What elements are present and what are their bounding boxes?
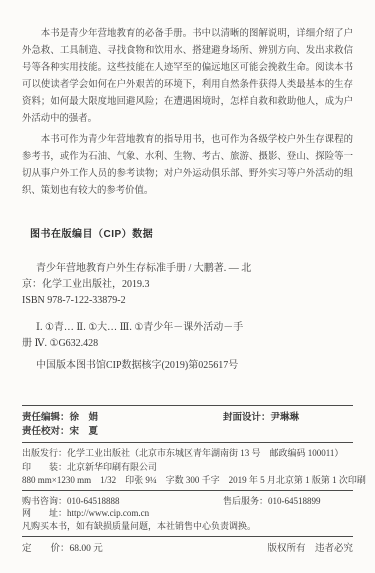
exchange-notice: 凡购买本书，如有缺损质量问题，本社销售中心负责调换。	[22, 520, 353, 533]
publication-section: 出版发行：化学工业出版社（北京市东城区青年湖南街 13 号 邮政编码 10001…	[22, 447, 353, 488]
website-line: 网 址：http://www.cip.com.cn	[22, 507, 353, 520]
cip-section: 图书在版编目（CIP）数据 青少年营地教育户外生存标准手册 / 大鹏著. — 北…	[22, 225, 353, 374]
contact-row-1: 购书咨询：010-64518888 售后服务：010-64518899	[22, 495, 353, 508]
publisher-line: 出版发行：化学工业出版社（北京市东城区青年湖南街 13 号 邮政编码 10001…	[22, 447, 353, 461]
purchase-hotline: 购书咨询：010-64518888	[22, 496, 120, 506]
contact-section: 购书咨询：010-64518888 售后服务：010-64518899 网 址：…	[22, 495, 353, 533]
editor-credit: 责任编辑：徐 娟	[22, 413, 98, 423]
cover-design-credit: 封面设计：尹琳琳	[223, 412, 299, 426]
copyright-notice: 版权所有 违者必究	[267, 543, 353, 556]
divider-above-publication	[22, 442, 353, 443]
book-intro-section: 本书是青少年营地教育的必备手册。书中以清晰的图解说明，详细介绍了户外急救、工具制…	[22, 26, 353, 200]
cip-record-line-2: 京：化学工业出版社，2019.3	[22, 277, 353, 293]
isbn-line: ISBN 978-7-122-33879-2	[22, 293, 353, 309]
cip-record-line-1: 青少年营地教育户外生存标准手册 / 大鹏著. — 北	[22, 261, 353, 277]
credits-row-2: 责任校对：宋 夏	[22, 426, 353, 440]
credits-section: 责任编辑：徐 娟 封面设计：尹琳琳 责任校对：宋 夏	[22, 412, 353, 439]
cip-classification: Ⅰ. ①青… Ⅱ. ①大… Ⅲ. ①青少年－课外活动－手 册 Ⅳ. ①G632.…	[22, 320, 353, 352]
book-copyright-page: 本书是青少年营地教育的必备手册。书中以清晰的图解说明，详细介绍了户外急救、工具制…	[0, 0, 375, 573]
intro-paragraph-1: 本书是青少年营地教育的必备手册。书中以清晰的图解说明，详细介绍了户外急救、工具制…	[22, 26, 353, 128]
divider-above-credits	[22, 405, 353, 406]
cip-heading: 图书在版编目（CIP）数据	[30, 225, 353, 240]
price-footer: 定 价：68.00 元 版权所有 违者必究	[22, 543, 353, 556]
intro-paragraph-2: 本书可作为青少年营地教育的指导用书，也可作为各级学校户外生存课程的参考书，或作为…	[22, 132, 353, 200]
printer-line: 印 装：北京新华印刷有限公司	[22, 461, 353, 475]
after-sales-hotline: 售后服务：010-64518899	[223, 495, 321, 508]
cip-record: 青少年营地教育户外生存标准手册 / 大鹏著. — 北 京：化学工业出版社，201…	[22, 261, 353, 309]
divider-above-price	[22, 536, 353, 537]
proofreader-credit: 责任校对：宋 夏	[22, 427, 98, 437]
cip-classification-line-2: 册 Ⅳ. ①G632.428	[22, 336, 353, 352]
format-spec-line: 880 mm×1230 mm 1/32 印张 9¼ 字数 300 千字 2019…	[22, 474, 353, 488]
divider-above-contact	[22, 490, 353, 491]
credits-row-1: 责任编辑：徐 娟 封面设计：尹琳琳	[22, 412, 353, 426]
cip-classification-line-1: Ⅰ. ①青… Ⅱ. ①大… Ⅲ. ①青少年－课外活动－手	[22, 320, 353, 336]
cip-registry-number: 中国版本图书馆CIP数据核字(2019)第025617号	[22, 358, 353, 374]
price: 定 价：68.00 元	[22, 543, 103, 556]
